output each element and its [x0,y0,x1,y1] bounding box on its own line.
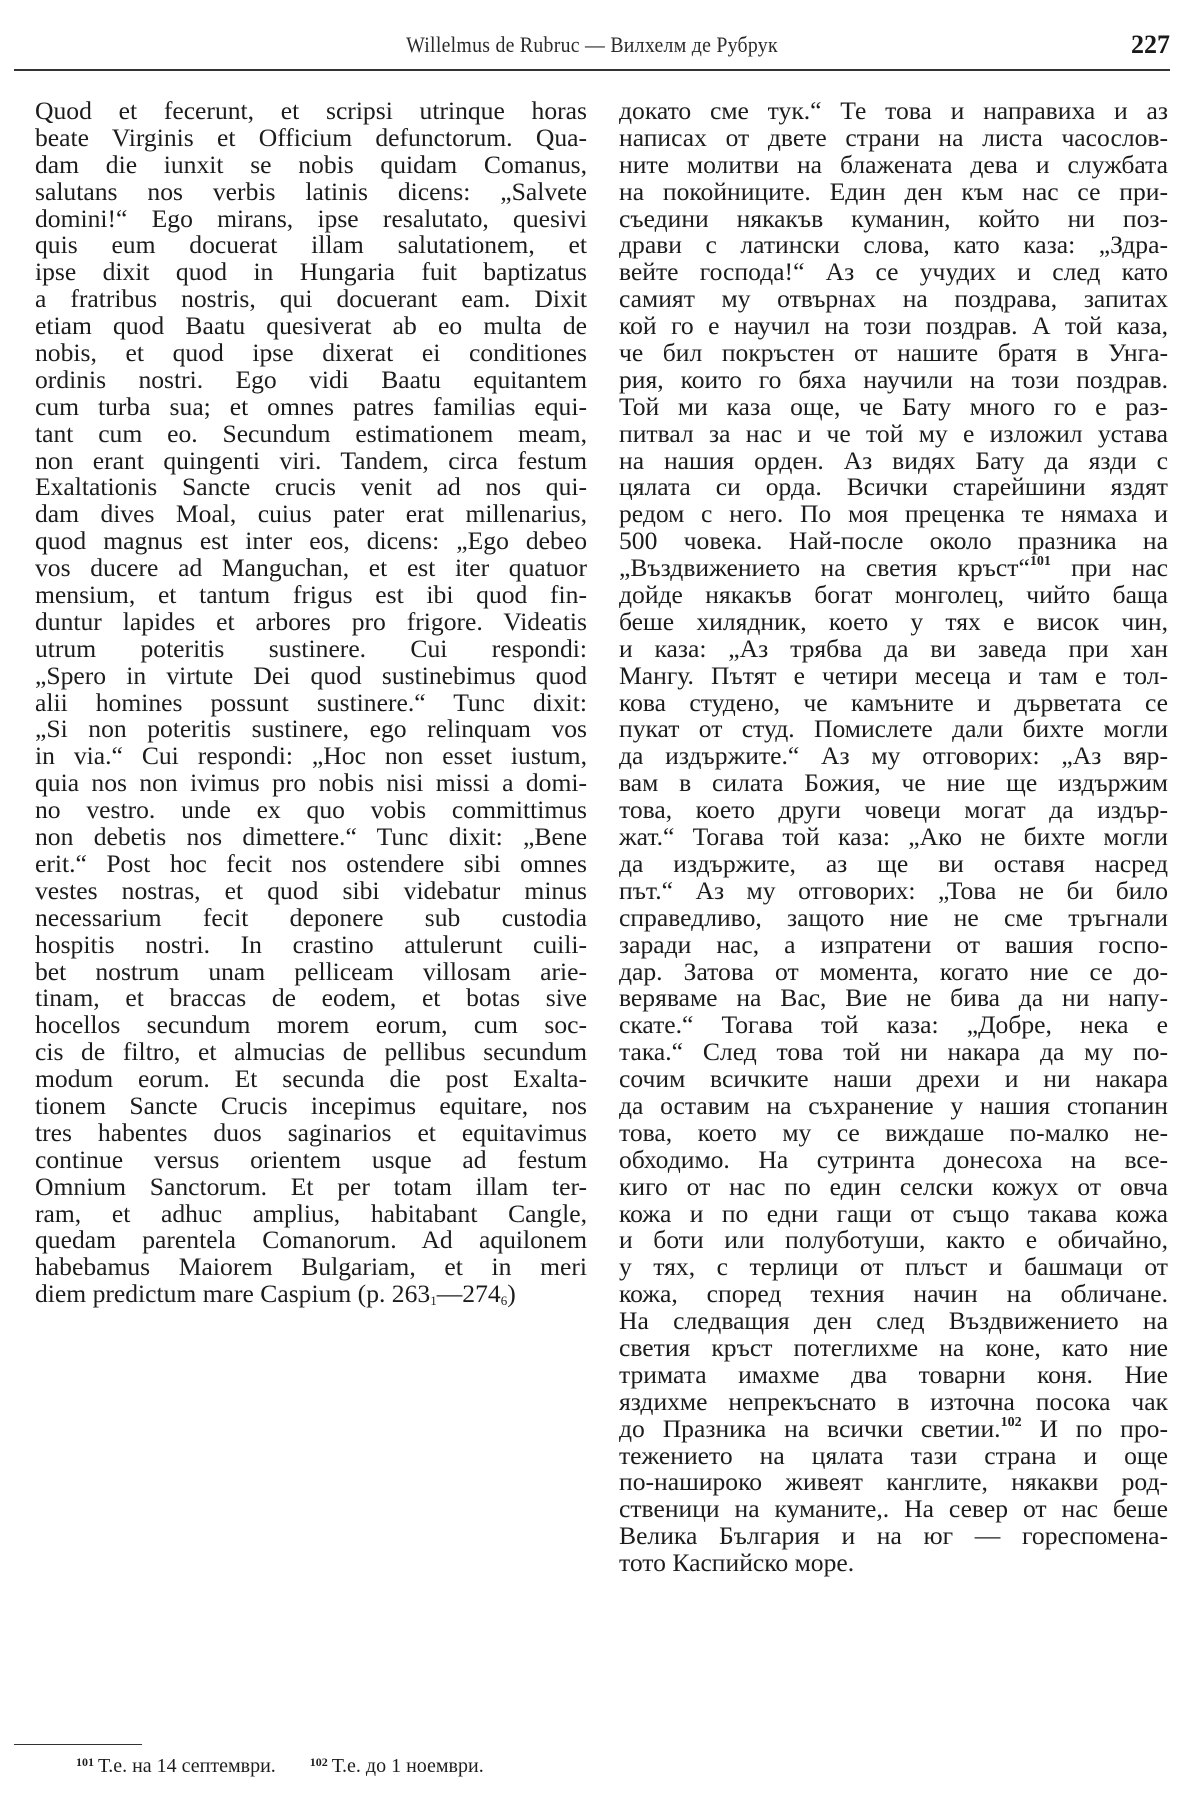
latin-text-column: Quod et fecerunt, et scripsi utrinque ho… [35,98,587,1308]
text-line: Велика България и на юг — гореспомена- [619,1523,1168,1550]
text-line: това, което му се виждаше по-малко не- [619,1120,1168,1147]
text-line: dam die iunxit se nobis quidam Comanus, [35,152,587,179]
text-line: беше хилядник, което у тях е висок чин, [619,609,1168,636]
footnote-mark: 101 [76,1755,94,1769]
text-line: in via.“ Cui respondi: „Hoc non esset iu… [35,743,587,770]
text-line: alii homines possunt sustinere.“ Tunc di… [35,690,587,717]
text-line: cum turba sua; et omnes patres familias … [35,394,587,421]
text-line: киго от нас по един селски кожух от овча [619,1174,1168,1201]
text-line-with-footnote: „Въздвижението на светия кръст“101 при н… [619,555,1168,582]
text-line: дар. Затова от момента, когато ние се до… [619,959,1168,986]
text-line: necessarium fecit deponere sub custodia [35,905,587,932]
text-line: самият му отвърнах на поздрава, запитах [619,286,1168,313]
footnote-rule [14,1744,142,1745]
text-line: Omnium Sanctorum. Et per totam illam ter… [35,1174,587,1201]
text-line: пукат от студ. Помислете дали бихте могл… [619,716,1168,743]
text-line: utrum poteritis sustinere. Cui respondi: [35,636,587,663]
text-line: тото Каспийско море. [619,1550,1168,1577]
text-line: съедини някакъв куманин, който ни поз- [619,206,1168,233]
text-line-with-footnote: до Празника на всички светии.102 И по пр… [619,1416,1168,1443]
text-line: яздихме непрекъснато в източна посока ча… [619,1389,1168,1416]
text-line: рия, които го бяха научили на този поздр… [619,367,1168,394]
footnote-text: Т.е. на 14 септември. [98,1755,276,1777]
text-line: Exaltationis Sancte crucis venit ad nos … [35,474,587,501]
text-line: non erant quingenti viri. Tandem, circa … [35,448,587,475]
text-line: non debetis nos dimettere.“ Tunc dixit: … [35,824,587,851]
running-header: Willelmus de Rubruc — Вилхелм де Рубрук … [14,28,1170,66]
footnote-ref-101[interactable]: 101 [1030,554,1051,569]
footnote-ref-102[interactable]: 102 [1001,1415,1022,1430]
text-line: Той ми каза още, че Бату много го е раз- [619,394,1168,421]
footnote-mark: 102 [310,1755,328,1769]
text-line: cis de filtro, et almucias de pellibus s… [35,1039,587,1066]
text-line: tant cum eo. Secundum estimationem meam, [35,421,587,448]
text-line: bet nostrum unam pelliceam villosam arie… [35,959,587,986]
text-line: tres habentes duos saginarios et equitav… [35,1120,587,1147]
header-rule [14,69,1170,71]
text-line: да издържите.“ Аз му отговорих: „Аз вяр- [619,743,1168,770]
text-line: ственици на куманите,. На север от нас б… [619,1496,1168,1523]
text-line: Мангу. Пътят е четири месеца и там е тол… [619,663,1168,690]
text-line: habebamus Maiorem Bulgariam, et in meri [35,1254,587,1281]
text-line: справедливо, защото ние не сме тръгнали [619,905,1168,932]
footnote-102: 102Т.е. до 1 ноември. [310,1755,484,1778]
footnotes: 101Т.е. на 14 септември.102Т.е. до 1 ное… [76,1755,518,1778]
text-line: hospitis nostri. In crastino attulerunt … [35,932,587,959]
text-line: hocellos secundum morem eorum, cum soc- [35,1012,587,1039]
footnote-101: 101Т.е. на 14 септември. [76,1755,276,1778]
text-line: че бил покръстен от нашите братя в Унга- [619,340,1168,367]
text-line: vos ducere ad Manguchan, et est iter qua… [35,555,587,582]
text-line: вам в силата Божия, че ние ще издържим [619,770,1168,797]
text-line: тримата имахме два товарни коня. Ние [619,1362,1168,1389]
text-line: „Spero in virtute Dei quod sustinebimus … [35,663,587,690]
text-line: вейте господа!“ Аз се учудих и след като [619,259,1168,286]
text-line: питвал за нас и че той му е изложил уста… [619,421,1168,448]
text-line: тежението на цялата тази страна и още [619,1443,1168,1470]
page-ref-start-line: 1 [430,1293,437,1308]
text-line: quedam parentela Comanorum. Ad aquilonem [35,1227,587,1254]
text-line: etiam quod Baatu quesiverat ab eo multa … [35,313,587,340]
text-line: nobis, et quod ipse dixerat ei condition… [35,340,587,367]
text-line: quis eum docuerat illam salutationem, et [35,232,587,259]
text-line: salutans nos verbis latinis dicens: „Sal… [35,179,587,206]
text-line: vestes nostras, et quod sibi videbatur m… [35,878,587,905]
text-line: duntur lapides et arbores pro frigore. V… [35,609,587,636]
text-line: кова студено, че камъните и дърветата се [619,690,1168,717]
text-line: quia nos non ivimus pro nobis nisi missi… [35,770,587,797]
text-line: сочим всичките наши дрехи и ни накара [619,1066,1168,1093]
text-line: кожа и по едни гащи от също такава кожа [619,1201,1168,1228]
text-line: tinam, et braccas de eodem, et botas siv… [35,985,587,1012]
text-line: редом с него. По моя преценка те нямаха … [619,501,1168,528]
text-line: 500 човека. Най-после около празника на [619,528,1168,555]
text-line: ipse dixit quod in Hungaria fuit baptiza… [35,259,587,286]
text-line: a fratribus nostris, qui docuerant eam. … [35,286,587,313]
text-line: път.“ Аз му отговорих: „Това не би било [619,878,1168,905]
text-line: и боти или полуботуши, както е обичайно, [619,1227,1168,1254]
text-line: dam dives Moal, cuius pater erat millena… [35,501,587,528]
text-line: веряваме на Вас, Вие не бива да ни напу- [619,985,1168,1012]
text-line: Quod et fecerunt, et scripsi utrinque ho… [35,98,587,125]
text-line: докато сме тук.“ Те това и направиха и а… [619,98,1168,125]
text-line: жат.“ Тогава той каза: „Ако не бихте мог… [619,824,1168,851]
text-line: кой го е научил на този поздрав. А той к… [619,313,1168,340]
text-line: обходимо. На сутринта донесоха на все- [619,1147,1168,1174]
text-line: mensium, et tantum frigus est ibi quod f… [35,582,587,609]
footnote-text: Т.е. до 1 ноември. [332,1755,484,1777]
text-line: tionem Sancte Crucis incepimus equitare,… [35,1093,587,1120]
text-line: това, което други човеци могат да издър- [619,797,1168,824]
text-line: ram, et adhuc amplius, habitabant Cangle… [35,1201,587,1228]
text-line: ordinis nostri. Ego vidi Baatu equitante… [35,367,587,394]
text-line: така.“ След това той ни накара да му по- [619,1039,1168,1066]
text-line: На следващия ден след Въздвижението на [619,1308,1168,1335]
bulgarian-translation-column: докато сме тук.“ Те това и направиха и а… [619,98,1168,1577]
text-line: ните молитви на блажената дева и службат… [619,152,1168,179]
text-line: заради нас, а изпратени от вашия госпо- [619,932,1168,959]
text-line: domini!“ Ego mirans, ipse resalutato, qu… [35,206,587,233]
text-line: цялата си орда. Всички старейшини яздят [619,474,1168,501]
text-line: modum eorum. Et secunda die post Exalta- [35,1066,587,1093]
text-line: светия кръст потеглихме на коне, като ни… [619,1335,1168,1362]
text-line: no vestro. unde ex quo vobis committimus [35,797,587,824]
text-line: кожа, според техния начин на обличане. [619,1281,1168,1308]
text-line: да издържите, аз ще ви оставя насред [619,851,1168,878]
text-line: и каза: „Аз трябва да ви заведа при хан [619,636,1168,663]
page-ref-end-line: 6 [501,1293,508,1308]
text-line: erit.“ Post hoc fecit nos ostendere sibi… [35,851,587,878]
text-line: дойде някакъв богат монголец, чийто баща [619,582,1168,609]
text-line: по-нашироко живеят канглите, някакви род… [619,1469,1168,1496]
text-line: на нашия орден. Аз видях Бату да язди с [619,448,1168,475]
text-line-with-page-reference: diem predictum mare Caspium (p. 2631—274… [35,1281,587,1308]
text-line: у тях, с терлици от плъст и башмаци от [619,1254,1168,1281]
text-line: quod magnus est inter eos, dicens: „Ego … [35,528,587,555]
text-line: на покойниците. Един ден към нас се при- [619,179,1168,206]
page-number: 227 [1131,30,1170,60]
text-line: написах от двете страни на листа часосло… [619,125,1168,152]
text-line: драви с латински слова, като каза: „Здра… [619,232,1168,259]
text-line: beate Virginis et Officium defunctorum. … [35,125,587,152]
running-title: Willelmus de Rubruc — Вилхелм де Рубрук [72,32,1112,58]
text-line: „Si non poteritis sustinere, ego relinqu… [35,716,587,743]
text-line: скате.“ Тогава той каза: „Добре, нека е [619,1012,1168,1039]
text-line: continue versus orientem usque ad festum [35,1147,587,1174]
text-line: да оставим на съхранение у нашия стопани… [619,1093,1168,1120]
